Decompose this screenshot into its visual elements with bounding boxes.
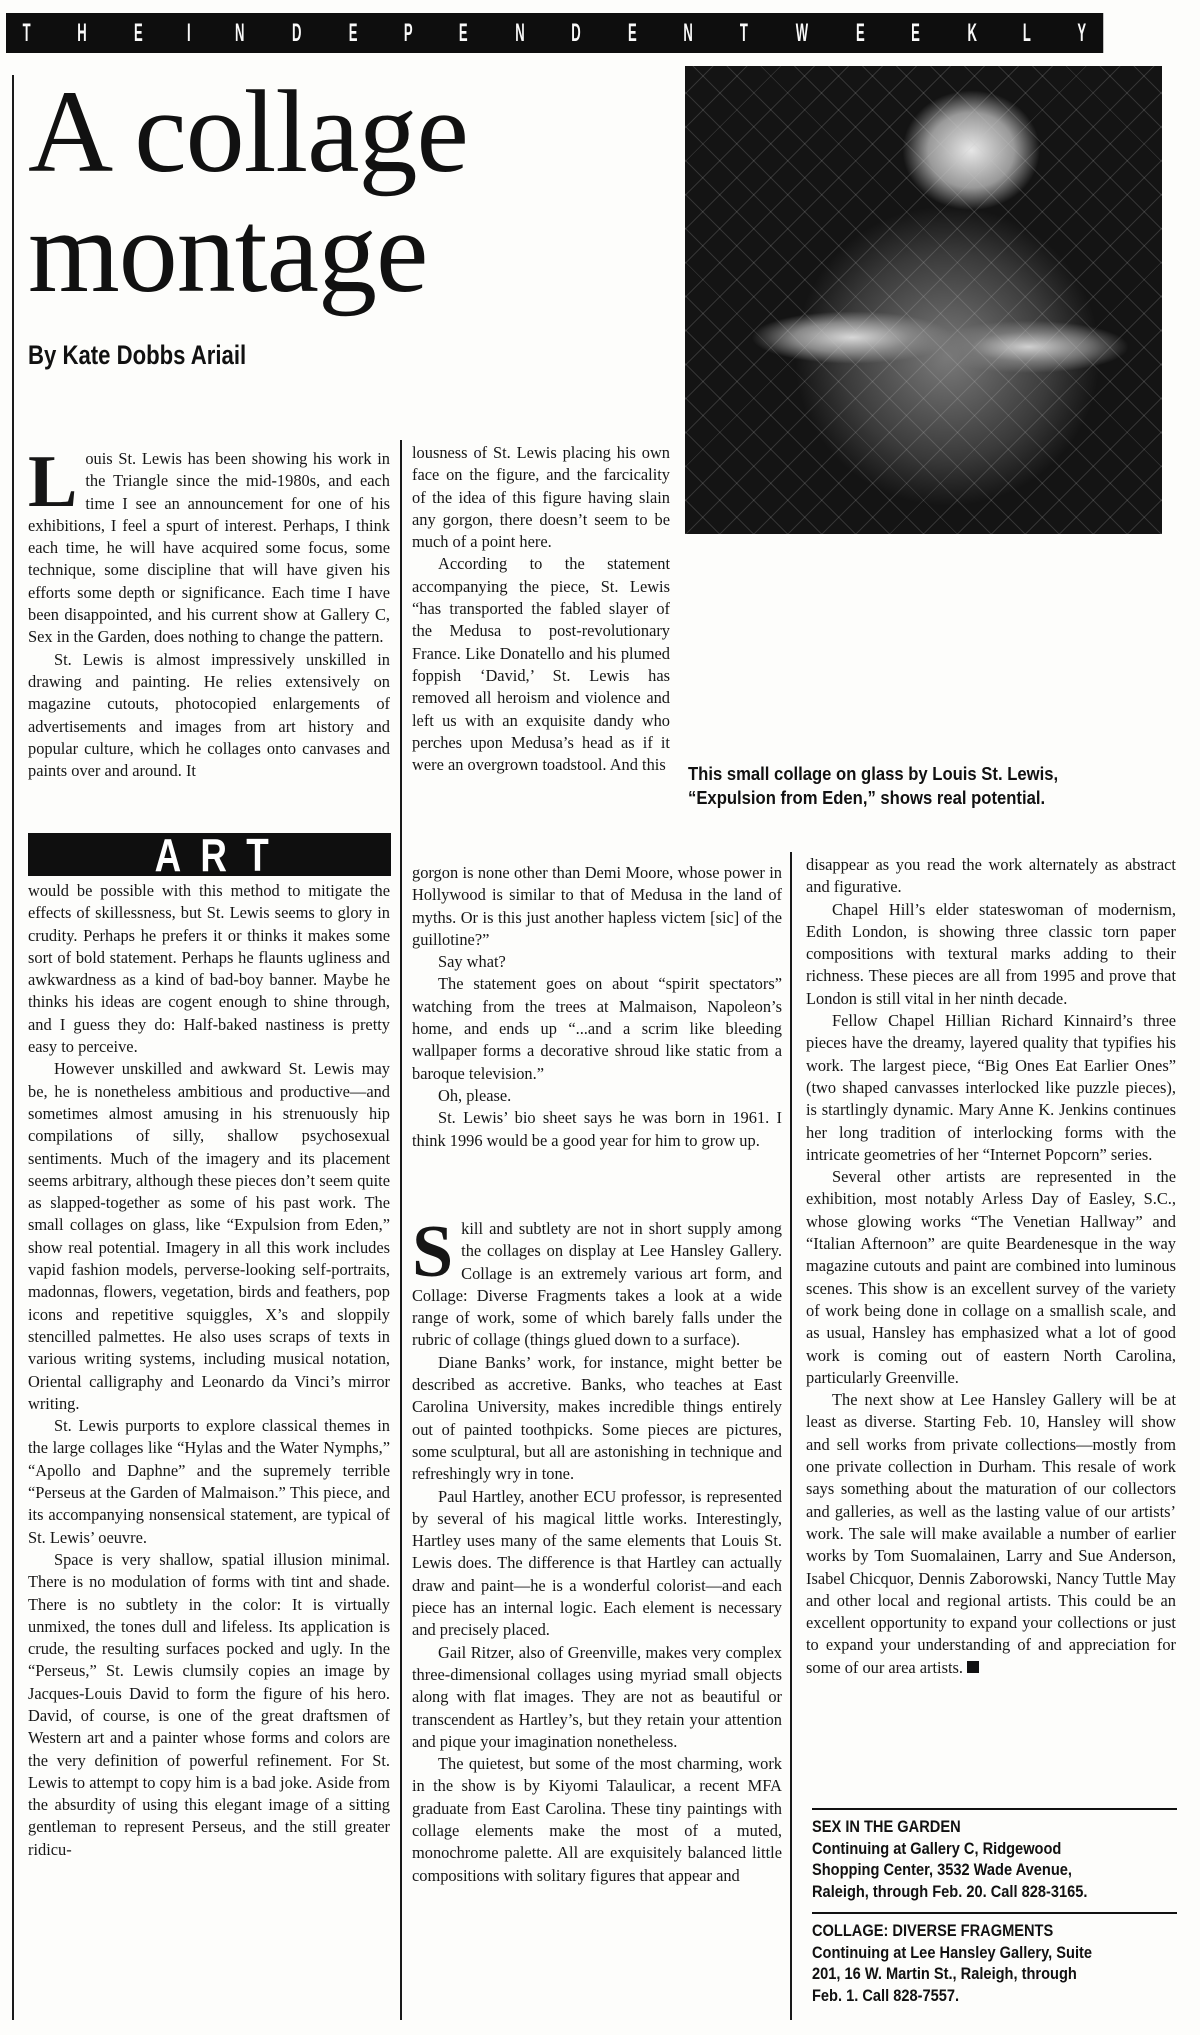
photo-caption: This small collage on glass by Louis St.… — [688, 762, 1120, 810]
masthead-letter: E — [911, 19, 920, 48]
paragraph: The next show at Lee Hansley Gallery wil… — [806, 1389, 1176, 1679]
masthead-letter: W — [796, 19, 808, 48]
masthead-letter: E — [856, 19, 865, 48]
paragraph: Diane Banks’ work, for instance, might b… — [412, 1352, 782, 1486]
paragraph: gorgon is none other than Demi Moore, wh… — [412, 862, 782, 951]
infobox-line: Continuing at Lee Hansley Gallery, Suite — [812, 1942, 1126, 1964]
masthead-letter: E — [459, 19, 468, 48]
masthead-letter: N — [684, 19, 693, 48]
paragraph: St. Lewis’ bio sheet says he was born in… — [412, 1107, 782, 1152]
column-2-wide: gorgon is none other than Demi Moore, wh… — [412, 862, 782, 1152]
infobox-sex-in-the-garden: SEX IN THE GARDEN Continuing at Gallery … — [812, 1808, 1177, 1902]
headline: A collage montage — [28, 72, 548, 312]
infobox-line: Feb. 1. Call 828-7557. — [812, 1985, 1126, 2007]
masthead: T H E I N D E P E N D E N T W E E K L Y — [6, 13, 1103, 53]
infobox-line: Shopping Center, 3532 Wade Avenue, — [812, 1859, 1126, 1881]
paragraph: St. Lewis is almost impressively unskill… — [28, 649, 390, 783]
paragraph: Several other artists are represented in… — [806, 1166, 1176, 1389]
paragraph: Chapel Hill’s elder stateswoman of moder… — [806, 899, 1176, 1010]
paragraph: St. Lewis purports to explore classical … — [28, 1415, 390, 1549]
masthead-letter: H — [77, 19, 86, 48]
column-1-bottom: would be possible with this method to mi… — [28, 880, 390, 1861]
masthead-letter: T — [740, 19, 748, 48]
masthead-letter: D — [292, 19, 301, 48]
column-1-top: Louis St. Lewis has been showing his wor… — [28, 448, 390, 782]
dropcap: S — [412, 1222, 453, 1282]
masthead-letter: E — [628, 19, 637, 48]
column-rule-2 — [790, 852, 792, 2020]
paragraph: Louis St. Lewis has been showing his wor… — [28, 448, 390, 649]
infobox-line: 201, 16 W. Martin St., Raleigh, through — [812, 1963, 1126, 1985]
masthead-letter: N — [515, 19, 524, 48]
masthead-letter: N — [235, 19, 244, 48]
column-rule-left — [12, 75, 14, 2020]
paragraph: Space is very shallow, spatial illusion … — [28, 1549, 390, 1861]
dropcap: L — [28, 452, 77, 512]
infobox-title: SEX IN THE GARDEN — [812, 1816, 1126, 1838]
column-3: disappear as you read the work alternate… — [806, 854, 1176, 1679]
masthead-letter: K — [967, 19, 976, 48]
masthead-letter: E — [134, 19, 143, 48]
paragraph: Oh, please. — [412, 1085, 782, 1107]
column-2-part2: Skill and subtlety are not in short supp… — [412, 1218, 782, 1887]
paragraph: Skill and subtlety are not in short supp… — [412, 1218, 782, 1352]
masthead-letter: D — [572, 19, 581, 48]
masthead-letter: E — [348, 19, 357, 48]
masthead-letter: I — [187, 19, 191, 48]
paragraph: Gail Ritzer, also of Greenville, makes v… — [412, 1642, 782, 1753]
paragraph: The quietest, but some of the most charm… — [412, 1753, 782, 1887]
paragraph: According to the statement accompanying … — [412, 553, 670, 776]
paragraph: disappear as you read the work alternate… — [806, 854, 1176, 899]
paragraph: However unskilled and awkward St. Lewis … — [28, 1058, 390, 1415]
end-mark-icon — [967, 1661, 979, 1673]
infobox-line: Raleigh, through Feb. 20. Call 828-3165. — [812, 1881, 1126, 1903]
paragraph: The statement goes on about “spirit spec… — [412, 973, 782, 1084]
paragraph: Paul Hartley, another ECU professor, is … — [412, 1486, 782, 1642]
paragraph: lousness of St. Lewis placing his own fa… — [412, 442, 670, 553]
infobox-line: Continuing at Gallery C, Ridgewood — [812, 1838, 1126, 1860]
paragraph: Fellow Chapel Hillian Richard Kinnaird’s… — [806, 1010, 1176, 1166]
column-rule-1 — [400, 440, 402, 2020]
masthead-letter: T — [23, 19, 31, 48]
collage-photo — [685, 66, 1162, 534]
paragraph: would be possible with this method to mi… — [28, 880, 390, 1058]
masthead-letter: L — [1023, 19, 1031, 48]
masthead-letter: P — [404, 19, 413, 48]
infobox-title: COLLAGE: DIVERSE FRAGMENTS — [812, 1920, 1126, 1942]
paragraph: Say what? — [412, 951, 782, 973]
column-2-narrow: lousness of St. Lewis placing his own fa… — [412, 442, 670, 776]
masthead-letter: Y — [1078, 19, 1087, 48]
infobox-collage-diverse-fragments: COLLAGE: DIVERSE FRAGMENTS Continuing at… — [812, 1912, 1177, 2006]
byline: By Kate Dobbs Ariail — [28, 340, 246, 371]
section-banner-art: ART — [28, 833, 391, 876]
